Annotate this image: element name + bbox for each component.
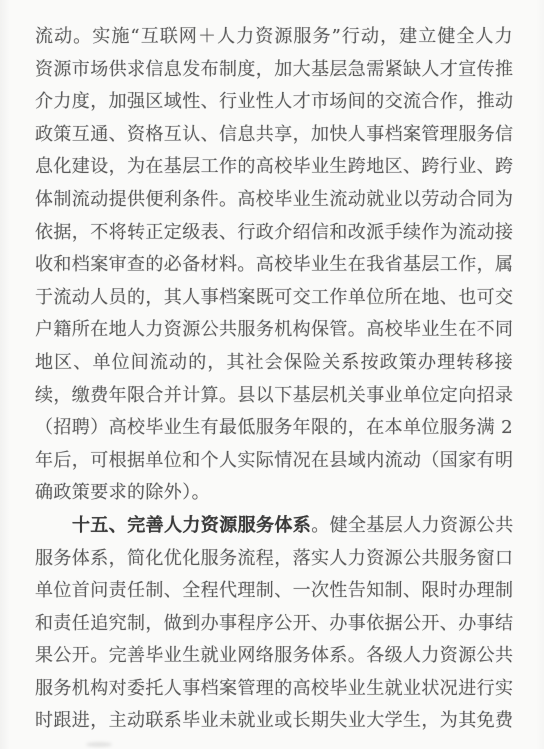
- text-run: 确政策要求的除外）。: [35, 482, 210, 503]
- text-run: 流动。实施“互联网＋人力资源服务”行动，建立健全人力: [35, 26, 513, 47]
- text-line: （招聘）高校毕业生有最低服务年限的，在本单位服务满 2: [35, 412, 513, 445]
- text-line: 流动。实施“互联网＋人力资源服务”行动，建立健全人力: [35, 21, 513, 54]
- text-run: 于流动人员的，其人事档案既可交工作单位所在地、也可交: [35, 287, 513, 308]
- text-line: 收和档案审查的必备材料。高校毕业生在我省基层工作，属: [35, 249, 513, 282]
- text-run: （招聘）高校毕业生有最低服务年限的，在本单位服务满 2: [35, 417, 513, 438]
- scan-smudge: [86, 742, 112, 747]
- text-run: 户籍所在地人力资源公共服务机构保管。高校毕业生在不同: [35, 319, 513, 340]
- text-run: 介力度，加强区域性、行业性人才市场间的交流合作，推动: [35, 91, 513, 112]
- text-run: 地区、单位间流动的，其社会保险关系按政策办理转移接: [35, 352, 513, 373]
- text-line: 和责任追究制，做到办事程序公开、办事依据公开、办事结: [35, 608, 513, 641]
- paragraph: 十五、完善人力资源服务体系。健全基层人力资源公共服务体系，简化优化服务流程，落实…: [35, 510, 513, 738]
- text-run: 政策互通、资格互认、信息共享，加快人事档案管理服务信: [35, 124, 513, 145]
- document-text: 流动。实施“互联网＋人力资源服务”行动，建立健全人力资源市场供求信息发布制度，加…: [35, 21, 513, 738]
- text-line: 时跟进，主动联系毕业未就业或长期失业大学生，为其免费: [35, 705, 513, 738]
- text-run: 体制流动提供便利条件。高校毕业生流动就业以劳动合同为: [35, 189, 513, 210]
- text-run: 收和档案审查的必备材料。高校毕业生在我省基层工作，属: [35, 254, 513, 275]
- text-line: 体制流动提供便利条件。高校毕业生流动就业以劳动合同为: [35, 184, 513, 217]
- text-line: 服务体系，简化优化服务流程，落实人力资源公共服务窗口: [35, 543, 513, 576]
- text-line: 果公开。完善毕业生就业网络服务体系。各级人力资源公共: [35, 640, 513, 673]
- section-heading: 十五、完善人力资源服务体系: [72, 515, 311, 536]
- text-line: 续，缴费年限合并计算。县以下基层机关事业单位定向招录: [35, 380, 513, 413]
- text-line: 息化建设，为在基层工作的高校毕业生跨地区、跨行业、跨: [35, 151, 513, 184]
- text-run: 息化建设，为在基层工作的高校毕业生跨地区、跨行业、跨: [35, 156, 513, 177]
- text-line: 确政策要求的除外）。: [35, 477, 513, 510]
- text-line: 户籍所在地人力资源公共服务机构保管。高校毕业生在不同: [35, 314, 513, 347]
- document-page: 流动。实施“互联网＋人力资源服务”行动，建立健全人力资源市场供求信息发布制度，加…: [0, 0, 544, 749]
- text-run: 年后，可根据单位和个人实际情况在县域内流动（国家有明: [35, 450, 513, 471]
- text-run: 服务机构对委托人事档案管理的高校毕业生就业状况进行实: [35, 678, 513, 699]
- text-run: 依据，不将转正定级表、行政介绍信和改派手续作为流动接: [35, 222, 513, 243]
- text-line: 政策互通、资格互认、信息共享，加快人事档案管理服务信: [35, 119, 513, 152]
- paragraph: 流动。实施“互联网＋人力资源服务”行动，建立健全人力资源市场供求信息发布制度，加…: [35, 21, 513, 510]
- text-line: 地区、单位间流动的，其社会保险关系按政策办理转移接: [35, 347, 513, 380]
- text-line: 十五、完善人力资源服务体系。健全基层人力资源公共: [35, 510, 513, 543]
- text-line: 服务机构对委托人事档案管理的高校毕业生就业状况进行实: [35, 673, 513, 706]
- text-run: 服务体系，简化优化服务流程，落实人力资源公共服务窗口: [35, 548, 513, 569]
- text-run: 果公开。完善毕业生就业网络服务体系。各级人力资源公共: [35, 645, 513, 666]
- text-run: 续，缴费年限合并计算。县以下基层机关事业单位定向招录: [35, 385, 513, 406]
- text-run: 。健全基层人力资源公共: [311, 515, 513, 536]
- text-run: 时跟进，主动联系毕业未就业或长期失业大学生，为其免费: [35, 710, 513, 731]
- text-line: 于流动人员的，其人事档案既可交工作单位所在地、也可交: [35, 282, 513, 315]
- text-run: 和责任追究制，做到办事程序公开、办事依据公开、办事结: [35, 613, 513, 634]
- text-line: 资源市场供求信息发布制度，加大基层急需紧缺人才宣传推: [35, 54, 513, 87]
- text-line: 介力度，加强区域性、行业性人才市场间的交流合作，推动: [35, 86, 513, 119]
- text-line: 依据，不将转正定级表、行政介绍信和改派手续作为流动接: [35, 217, 513, 250]
- text-line: 年后，可根据单位和个人实际情况在县域内流动（国家有明: [35, 445, 513, 478]
- text-run: 资源市场供求信息发布制度，加大基层急需紧缺人才宣传推: [35, 59, 513, 80]
- text-run: 单位首问责任制、全程代理制、一次性告知制、限时办理制: [35, 580, 513, 601]
- text-line: 单位首问责任制、全程代理制、一次性告知制、限时办理制: [35, 575, 513, 608]
